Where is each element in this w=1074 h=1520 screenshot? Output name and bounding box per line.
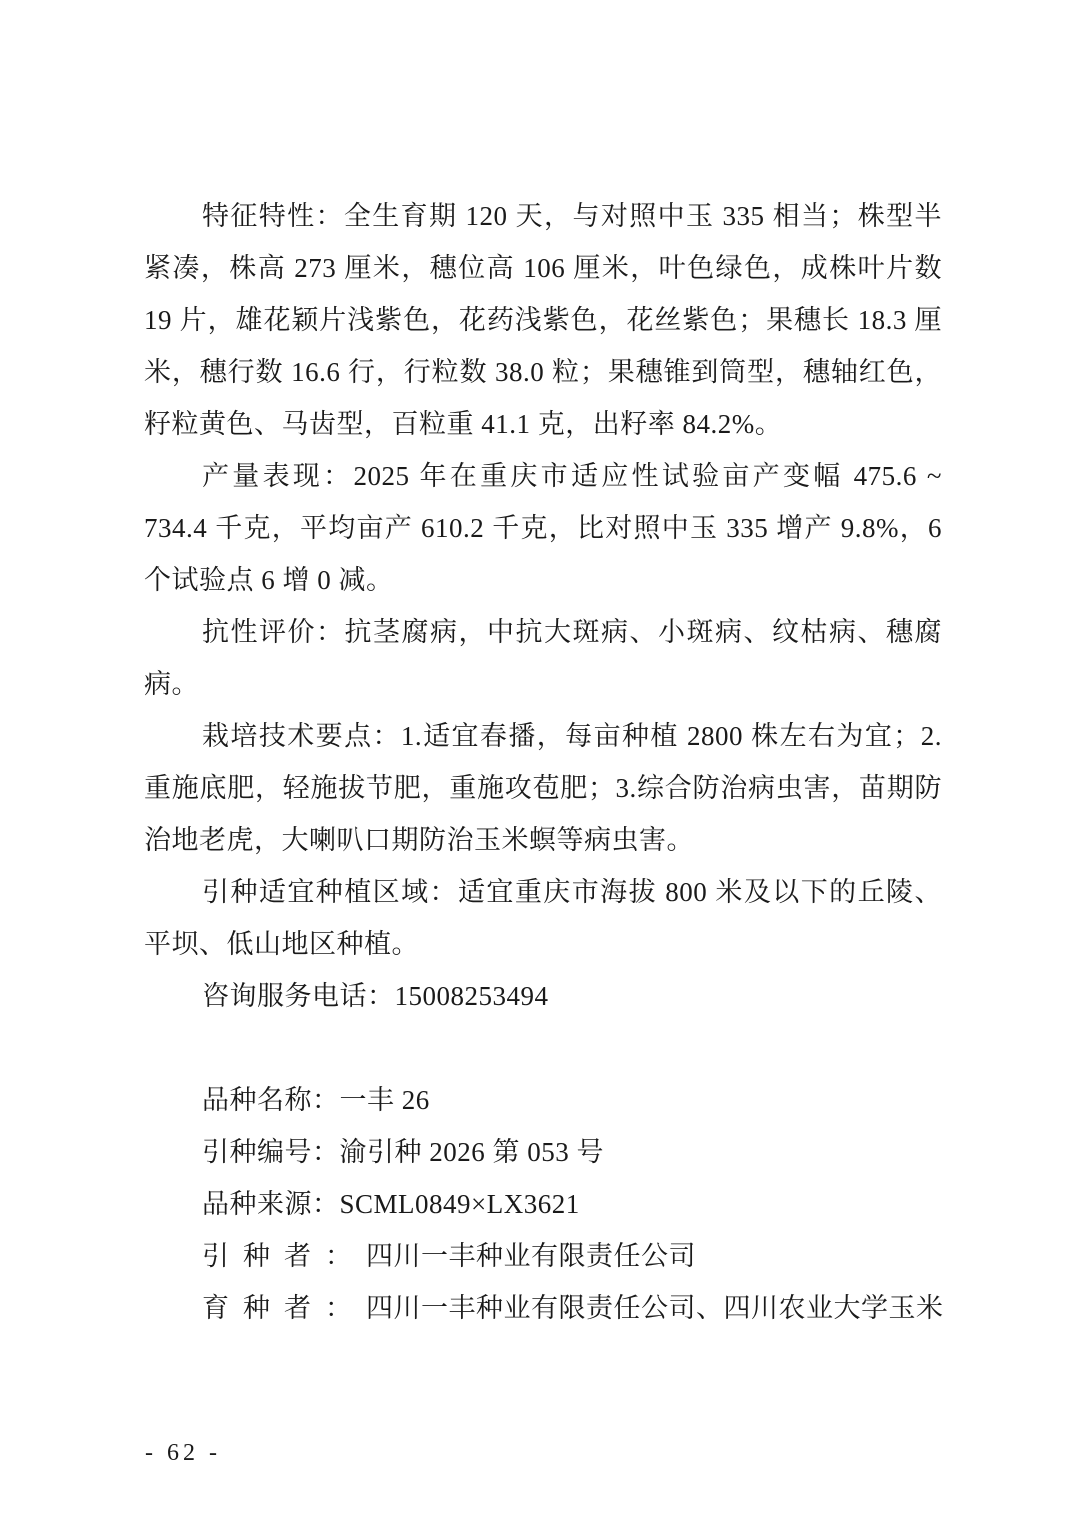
page-number: - 62 - [145, 1440, 221, 1467]
paragraph-phone: 咨询服务电话：15008253494 [144, 970, 942, 1022]
variety-source-field: 品种来源：SCML0849×LX3621 [144, 1178, 942, 1230]
field-value: 一丰 26 [340, 1085, 430, 1115]
variety-introducer-field: 引种者：四川一丰种业有限责任公司 [144, 1230, 942, 1282]
section-gap [144, 1022, 942, 1074]
field-label: 引种者： [202, 1241, 366, 1271]
variety-name-field: 品种名称：一丰 26 [144, 1074, 942, 1126]
variety-breeder-field: 育种者：四川一丰种业有限责任公司、四川农业大学玉米 [144, 1282, 942, 1334]
field-label: 品种名称： [202, 1085, 340, 1115]
field-value: 四川一丰种业有限责任公司、四川农业大学玉米 [366, 1293, 944, 1323]
paragraph-region: 引种适宜种植区域：适宜重庆市海拔 800 米及以下的丘陵、平坝、低山地区种植。 [144, 866, 942, 970]
paragraph-cultivation: 栽培技术要点：1.适宜春播，每亩种植 2800 株左右为宜；2.重施底肥，轻施拔… [144, 710, 942, 866]
paragraph-resistance: 抗性评价：抗茎腐病，中抗大斑病、小斑病、纹枯病、穗腐病。 [144, 606, 942, 710]
field-value: SCML0849×LX3621 [340, 1189, 580, 1219]
paragraph-characteristics: 特征特性：全生育期 120 天，与对照中玉 335 相当；株型半紧凑，株高 27… [144, 190, 942, 450]
field-label: 引种编号： [202, 1137, 340, 1167]
paragraph-yield: 产量表现：2025 年在重庆市适应性试验亩产变幅 475.6 ~ 734.4 千… [144, 450, 942, 606]
document-body: 特征特性：全生育期 120 天，与对照中玉 335 相当；株型半紧凑，株高 27… [144, 190, 942, 1334]
field-label: 育种者： [202, 1293, 366, 1323]
variety-code-field: 引种编号：渝引种 2026 第 053 号 [144, 1126, 942, 1178]
field-value: 四川一丰种业有限责任公司 [366, 1241, 696, 1271]
field-value: 渝引种 2026 第 053 号 [340, 1137, 605, 1167]
document-page: 特征特性：全生育期 120 天，与对照中玉 335 相当；株型半紧凑，株高 27… [0, 0, 1074, 1520]
field-label: 品种来源： [202, 1189, 340, 1219]
